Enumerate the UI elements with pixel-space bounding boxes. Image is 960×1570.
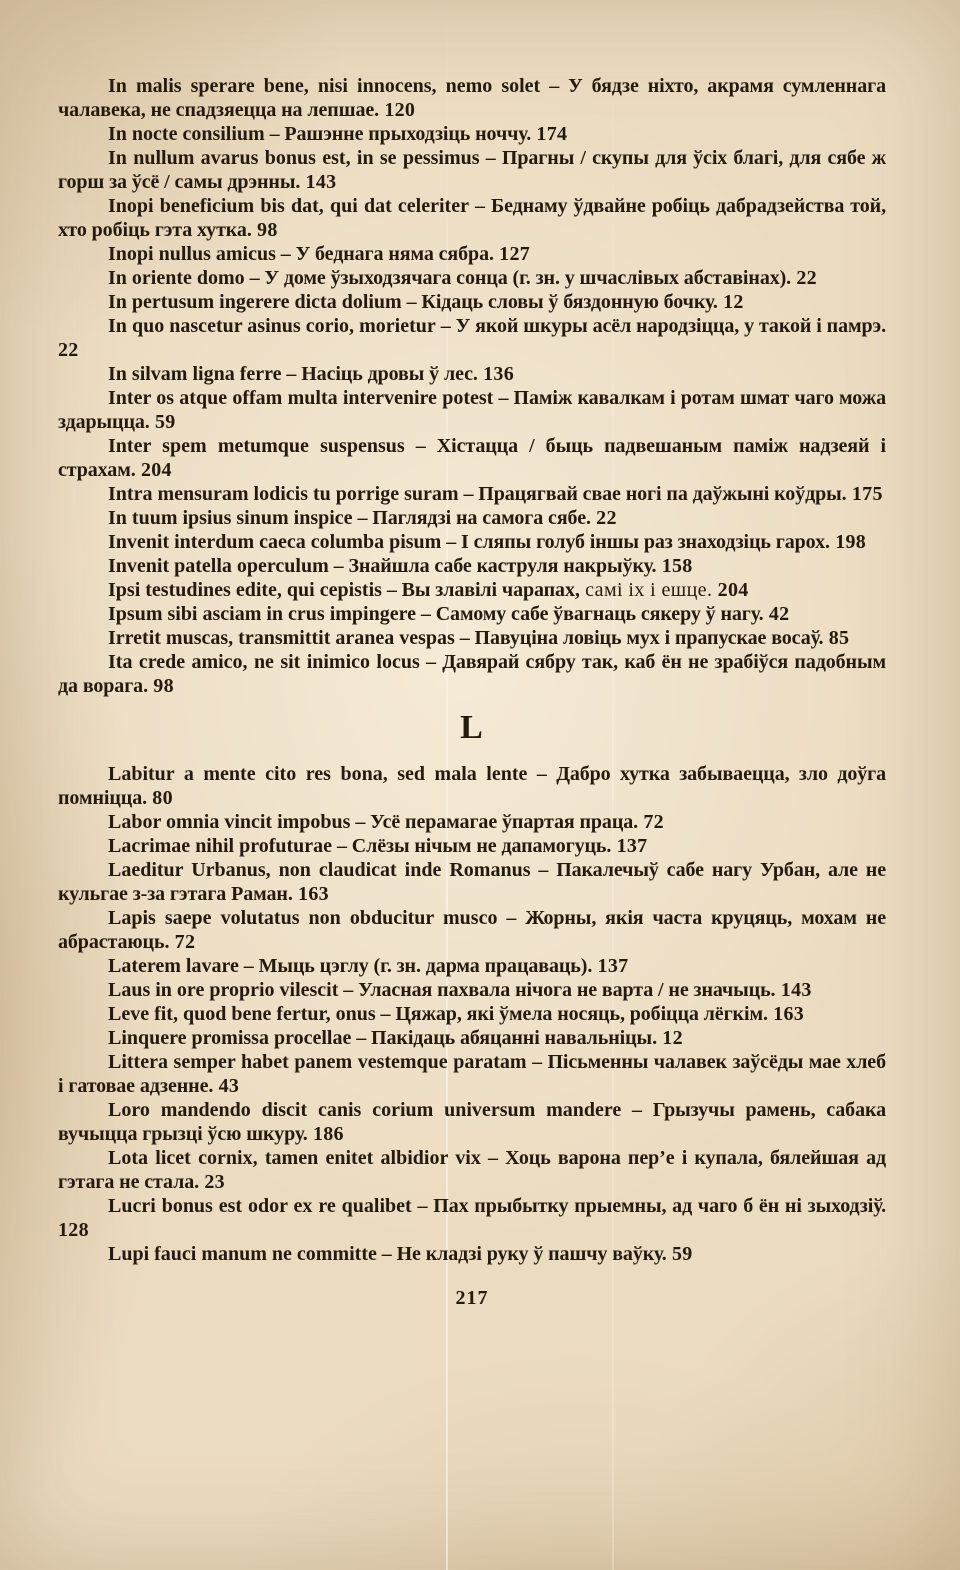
belarusian-translation: І сляпы голуб іншы раз знаходзіць гарох. [461, 531, 830, 553]
belarusian-translation: Павуціна ловіць мух і прапускае восаў. [475, 627, 824, 649]
latin-phrase: Laterem lavare [108, 955, 239, 977]
dash-separator: – [376, 1003, 396, 1025]
dash-separator: – [338, 979, 358, 1001]
dictionary-entry: Invenit interdum caeca columba pisum – І… [58, 530, 886, 554]
dictionary-entry: Labor omnia vincit impobus – Усё перамаг… [58, 810, 886, 834]
entry-list-l: Labitur a mente cito res bona, sed mala … [58, 762, 886, 1266]
latin-phrase: Irretit muscas, transmittit aranea vespa… [108, 627, 455, 649]
latin-phrase: Lucri bonus est odor ex re qualibet [108, 1195, 412, 1217]
belarusian-translation: Пакідаць абяцанні навальніцы. [371, 1027, 657, 1049]
dictionary-entry: In quo nascetur asinus corio, morietur –… [58, 314, 886, 362]
belarusian-translation: Мыць цэглу (г. зн. дарма працаваць). [259, 955, 593, 977]
dictionary-entry: Leve fit, quod bene fertur, onus – Цяжар… [58, 1002, 886, 1026]
page-reference: 23 [199, 1171, 225, 1193]
page-reference: 59 [150, 411, 176, 433]
dictionary-entry: Lucri bonus est odor ex re qualibet – Па… [58, 1194, 886, 1242]
dictionary-entry: Irretit muscas, transmittit aranea vespa… [58, 626, 886, 650]
dash-separator: – [420, 651, 442, 673]
belarusian-translation: Насіць дровы ў лес. [301, 363, 478, 385]
dash-separator: – [351, 1027, 371, 1049]
latin-phrase: Inopi beneficium bis dat, qui dat celeri… [108, 195, 469, 217]
dash-separator: – [481, 1147, 505, 1169]
dash-separator: – [493, 387, 513, 409]
entry-list-i: In malis sperare bene, nisi innocens, ne… [58, 74, 886, 698]
dash-separator: – [329, 555, 349, 577]
belarusian-translation: Вы злавілі чарапах, самі іх і ешце. [402, 579, 713, 601]
dash-separator: – [353, 507, 373, 529]
page-reference: 12 [718, 291, 744, 313]
latin-phrase: Lupi fauci manum ne committe [108, 1243, 377, 1265]
latin-phrase: Laeditur Urbanus, non claudicat inde Rom… [108, 859, 530, 881]
dictionary-entry: Littera semper habet panem vestemque par… [58, 1050, 886, 1098]
page-reference: 127 [494, 243, 530, 265]
latin-phrase: In silvam ligna ferre [108, 363, 282, 385]
latin-phrase: In quo nascetur asinus corio, morietur [108, 315, 436, 337]
page-reference: 128 [58, 1219, 89, 1241]
dictionary-entry: In nocte consilium – Рашэнне прыходзіць … [58, 122, 886, 146]
dash-separator: – [497, 907, 525, 929]
section-header-l: L [58, 706, 886, 750]
latin-phrase: Invenit patella operculum [108, 555, 329, 577]
dictionary-entry: Inter os atque offam multa intervenire p… [58, 386, 886, 434]
latin-phrase: Inter spem metumque suspensus [108, 435, 405, 457]
dictionary-entry: Inopi beneficium bis dat, qui dat celeri… [58, 194, 886, 242]
dictionary-entry: Lapis saepe volutatus non obducitur musc… [58, 906, 886, 954]
dash-separator: – [459, 483, 479, 505]
dictionary-entry: Ipsum sibi asciam in crus impingere – Са… [58, 602, 886, 626]
dash-separator: – [480, 147, 502, 169]
page-reference: 137 [592, 955, 628, 977]
dash-separator: – [282, 363, 302, 385]
dictionary-entry: In silvam ligna ferre – Насіць дровы ў л… [58, 362, 886, 386]
dictionary-entry: Inopi nullus amicus – У беднага няма сяб… [58, 242, 886, 266]
page-reference: 98 [252, 219, 278, 241]
page-reference: 72 [169, 931, 195, 953]
latin-phrase: Lapis saepe volutatus non obducitur musc… [108, 907, 497, 929]
dash-separator: – [412, 1195, 434, 1217]
latin-phrase: In oriente domo [108, 267, 245, 289]
page-reference: 43 [213, 1075, 239, 1097]
page-reference: 22 [591, 507, 617, 529]
dash-separator: – [382, 579, 402, 601]
page-reference: 174 [531, 123, 567, 145]
dash-separator: – [350, 811, 370, 833]
latin-phrase: In nullum avarus bonus est, in se pessim… [108, 147, 480, 169]
page-reference: 204 [712, 579, 748, 601]
latin-phrase: Intra mensuram lodicis tu porrige suram [108, 483, 459, 505]
section-i: In malis sperare bene, nisi innocens, ne… [58, 74, 886, 698]
dash-separator: – [276, 243, 296, 265]
page-reference: 163 [293, 883, 329, 905]
dash-separator: – [540, 75, 568, 97]
page-reference: 143 [775, 979, 811, 1001]
latin-phrase: In tuum ipsius sinum inspice [108, 507, 353, 529]
belarusian-translation: Кідаць словы ў бяздонную бочку. [421, 291, 717, 313]
dictionary-entry: Inter spem metumque suspensus – Хістацца… [58, 434, 886, 482]
latin-phrase: Littera semper habet panem vestemque par… [108, 1051, 527, 1073]
belarusian-translation: У доме ўзыходзячага сонца (г. зн. у шчас… [264, 267, 791, 289]
page-footer: 217 [58, 1286, 886, 1310]
dictionary-entry: In tuum ipsius sinum inspice – Паглядзі … [58, 506, 886, 530]
latin-phrase: Loro mandendo discit canis corium univer… [108, 1099, 621, 1121]
dictionary-entry: Lacrimae nihil profuturae – Слёзы нічым … [58, 834, 886, 858]
dictionary-entry: Invenit patella operculum – Знайшла сабе… [58, 554, 886, 578]
latin-phrase: Labor omnia vincit impobus [108, 811, 350, 833]
dictionary-entry: Intra mensuram lodicis tu porrige suram … [58, 482, 886, 506]
latin-phrase: Lacrimae nihil profuturae [108, 835, 332, 857]
dash-separator: – [402, 291, 422, 313]
page-reference: 143 [300, 171, 336, 193]
dash-separator: – [621, 1099, 652, 1121]
dash-separator: – [416, 603, 436, 625]
page-reference: 186 [308, 1123, 344, 1145]
belarusian-translation: Самому сабе ўвагнаць сякеру ў нагу. [436, 603, 764, 625]
dash-separator: – [455, 627, 475, 649]
belarusian-translation: Цяжар, які ўмела носяць, робіцца лёгкім. [395, 1003, 768, 1025]
latin-phrase: Lota licet cornix, tamen enitet albidior… [108, 1147, 481, 1169]
belarusian-translation: Уласная пахвала нічога не варта / не зна… [358, 979, 775, 1001]
dictionary-entry: In nullum avarus bonus est, in se pessim… [58, 146, 886, 194]
dictionary-entry: Lupi fauci manum ne committe – Не кладзі… [58, 1242, 886, 1266]
dash-separator: – [332, 835, 352, 857]
belarusian-translation: У беднага няма сябра. [296, 243, 494, 265]
page-reference: 22 [791, 267, 817, 289]
dictionary-entry: In oriente domo – У доме ўзыходзячага со… [58, 266, 886, 290]
latin-phrase: Labitur a mente cito res bona, sed mala … [108, 763, 527, 785]
dictionary-entry: In malis sperare bene, nisi innocens, ne… [58, 74, 886, 122]
dash-separator: – [377, 1243, 397, 1265]
dash-separator: – [265, 123, 285, 145]
page-reference: 85 [823, 627, 849, 649]
page-content: In malis sperare bene, nisi innocens, ne… [0, 0, 960, 1310]
page-reference: 72 [638, 811, 664, 833]
belarusian-translation: Паглядзі на самога сябе. [372, 507, 591, 529]
dictionary-entry: Laus in ore proprio vilescit – Уласная п… [58, 978, 886, 1002]
belarusian-translation: У якой шкуры асёл народзіцца, у такой і … [456, 315, 886, 337]
latin-phrase: Laus in ore proprio vilescit [108, 979, 338, 1001]
dash-separator: – [436, 315, 456, 337]
belarusian-translation: Знайшла сабе каструля накрыўку. [348, 555, 656, 577]
page-reference: 158 [656, 555, 692, 577]
section-l: L Labitur a mente cito res bona, sed mal… [58, 706, 886, 1266]
page-reference: 80 [147, 787, 173, 809]
dictionary-entry: Lota licet cornix, tamen enitet albidior… [58, 1146, 886, 1194]
latin-phrase: Inopi nullus amicus [108, 243, 276, 265]
book-page: In malis sperare bene, nisi innocens, ne… [0, 0, 960, 1570]
page-reference: 42 [764, 603, 790, 625]
page-reference: 98 [148, 675, 174, 697]
dash-separator: – [405, 435, 437, 457]
dash-separator: – [245, 267, 265, 289]
latin-phrase: In malis sperare bene, nisi innocens, ne… [108, 75, 540, 97]
page-reference: 120 [379, 99, 415, 121]
page-reference: 204 [136, 459, 172, 481]
dash-separator: – [469, 195, 491, 217]
dictionary-entry: Ita crede amico, ne sit inimico locus – … [58, 650, 886, 698]
dash-separator: – [530, 859, 556, 881]
dictionary-entry: Laterem lavare – Мыць цэглу (г. зн. дарм… [58, 954, 886, 978]
page-reference: 22 [58, 339, 79, 361]
dash-separator: – [239, 955, 259, 977]
latin-phrase: Linquere promissa procellae [108, 1027, 351, 1049]
pasted-correction-text: самі іх і ешце. [580, 579, 713, 601]
latin-phrase: Ipsi testudines edite, qui cepistis [108, 579, 382, 601]
belarusian-translation: Слёзы нічым не дапамогуць. [352, 835, 612, 857]
dictionary-entry: Labitur a mente cito res bona, sed mala … [58, 762, 886, 810]
belarusian-translation: Усё перамагае ўпартая праца. [370, 811, 638, 833]
dash-separator: – [527, 1051, 548, 1073]
latin-phrase: Ita crede amico, ne sit inimico locus [108, 651, 420, 673]
page-reference: 163 [768, 1003, 804, 1025]
dictionary-entry: In pertusum ingerere dicta dolium – Кіда… [58, 290, 886, 314]
latin-phrase: In pertusum ingerere dicta dolium [108, 291, 402, 313]
page-reference: 136 [478, 363, 514, 385]
page-reference: 59 [667, 1243, 693, 1265]
dictionary-entry: Loro mandendo discit canis corium univer… [58, 1098, 886, 1146]
latin-phrase: Ipsum sibi asciam in crus impingere [108, 603, 416, 625]
belarusian-translation: Рашэнне прыходзіць ноччу. [284, 123, 531, 145]
page-reference: 137 [611, 835, 647, 857]
dictionary-entry: Linquere promissa procellae – Пакідаць а… [58, 1026, 886, 1050]
belarusian-translation: Пах прыбытку прыемны, ад чаго б ён ні зы… [433, 1195, 886, 1217]
belarusian-translation: Не кладзі руку ў пашчу ваўку. [397, 1243, 667, 1265]
latin-phrase: In nocte consilium [108, 123, 265, 145]
page-number: 217 [58, 1286, 886, 1310]
latin-phrase: Invenit interdum caeca columba pisum [108, 531, 441, 553]
page-reference: 175 [847, 483, 883, 505]
dash-separator: – [527, 763, 556, 785]
dash-separator: – [441, 531, 461, 553]
latin-phrase: Inter os atque offam multa intervenire p… [108, 387, 493, 409]
dictionary-entry: Laeditur Urbanus, non claudicat inde Rom… [58, 858, 886, 906]
page-reference: 12 [657, 1027, 683, 1049]
belarusian-translation: Працягвай свае ногі па даўжыні коўдры. [478, 483, 846, 505]
dictionary-entry: Ipsi testudines edite, qui cepistis – Вы… [58, 578, 886, 602]
page-reference: 198 [830, 531, 866, 553]
latin-phrase: Leve fit, quod bene fertur, onus [108, 1003, 376, 1025]
